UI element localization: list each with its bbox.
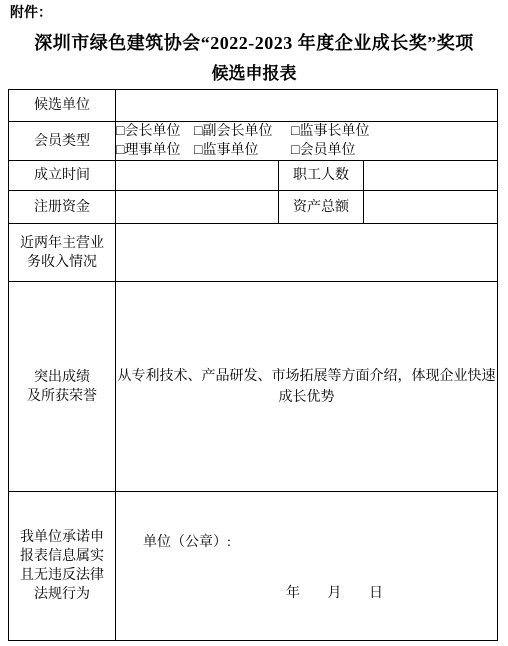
revenue-value-cell[interactable] <box>116 224 498 282</box>
application-form-table: 候选单位 会员类型 □会长单位□副会长单位□监事长单位 □理事单位□监事单位□会… <box>8 89 498 641</box>
checkbox-option-label: 副会长单位 <box>202 124 272 139</box>
checkbox-option-label: 会长单位 <box>124 124 180 139</box>
checkbox-option-director[interactable]: □理事单位 <box>116 141 194 160</box>
member-type-options-cell: □会长单位□副会长单位□监事长单位 □理事单位□监事单位□会员单位 <box>116 122 498 161</box>
date-day-label: 日 <box>369 586 383 601</box>
establish-employee-row: 成立时间 职工人数 <box>9 161 498 191</box>
registered-capital-label: 注册资金 <box>9 191 116 224</box>
establish-date-label: 成立时间 <box>9 161 116 191</box>
candidate-unit-value-cell[interactable] <box>116 90 498 122</box>
checkbox-option-label: 理事单位 <box>124 143 180 158</box>
date-year-label: 年 <box>286 586 300 601</box>
attachment-label: 附件： <box>10 5 508 23</box>
checkbox-option-label: 监事长单位 <box>299 124 369 139</box>
member-type-options-line-1: □会长单位□副会长单位□监事长单位 <box>116 122 497 141</box>
form-title: 深圳市绿色建筑协会“2022-2023 年度企业成长奖”奖项 <box>0 32 508 54</box>
achievements-hint-cell[interactable]: 从专利技术、产品研发、市场拓展等方面介绍，体现企业快速 成长优势 <box>116 282 498 492</box>
revenue-label: 近两年主营业 务收入情况 <box>9 224 116 282</box>
revenue-row: 近两年主营业 务收入情况 <box>9 224 498 282</box>
commitment-label: 我单位承诺申 报表信息属实 且无违反法律 法规行为 <box>9 492 116 641</box>
checkbox-option-label: 会员单位 <box>299 143 355 158</box>
candidate-unit-row: 候选单位 <box>9 90 498 122</box>
employee-count-label: 职工人数 <box>279 161 364 191</box>
checkbox-option-label: 监事单位 <box>202 143 258 158</box>
member-type-options-line-2: □理事单位□监事单位□会员单位 <box>116 141 497 160</box>
establish-date-value-cell[interactable] <box>116 161 279 191</box>
checkbox-option-chief-supervisor[interactable]: □监事长单位 <box>291 124 369 139</box>
checkbox-option-supervisor[interactable]: □监事单位 <box>194 141 291 160</box>
date-month-label: 月 <box>328 586 342 601</box>
achievements-row: 突出成绩 及所获荣誉 从专利技术、产品研发、市场拓展等方面介绍，体现企业快速 成… <box>9 282 498 492</box>
candidate-unit-label: 候选单位 <box>9 90 116 122</box>
checkbox-option-member[interactable]: □会员单位 <box>291 143 355 158</box>
capital-assets-row: 注册资金 资产总额 <box>9 191 498 224</box>
employee-count-value-cell[interactable] <box>364 161 498 191</box>
checkbox-option-president[interactable]: □会长单位 <box>116 122 194 141</box>
checkbox-option-vice-president[interactable]: □副会长单位 <box>194 122 291 141</box>
document-page: 附件： 深圳市绿色建筑协会“2022-2023 年度企业成长奖”奖项 候选申报表… <box>0 5 508 641</box>
total-assets-label: 资产总额 <box>279 191 364 224</box>
commitment-signature-cell[interactable]: 单位（公章）: 年 月 日 <box>116 492 498 641</box>
form-subtitle: 候选申报表 <box>0 64 508 84</box>
member-type-label: 会员类型 <box>9 122 116 161</box>
member-type-row: 会员类型 □会长单位□副会长单位□监事长单位 □理事单位□监事单位□会员单位 <box>9 122 498 161</box>
total-assets-value-cell[interactable] <box>364 191 498 224</box>
seal-label: 单位（公章）: <box>143 534 497 552</box>
achievements-label: 突出成绩 及所获荣誉 <box>9 282 116 492</box>
commitment-row: 我单位承诺申 报表信息属实 且无违反法律 法规行为 单位（公章）: 年 月 日 <box>9 492 498 641</box>
achievements-hint: 从专利技术、产品研发、市场拓展等方面介绍，体现企业快速 成长优势 <box>116 366 497 408</box>
registered-capital-value-cell[interactable] <box>116 191 279 224</box>
date-line: 年 月 日 <box>116 585 497 603</box>
